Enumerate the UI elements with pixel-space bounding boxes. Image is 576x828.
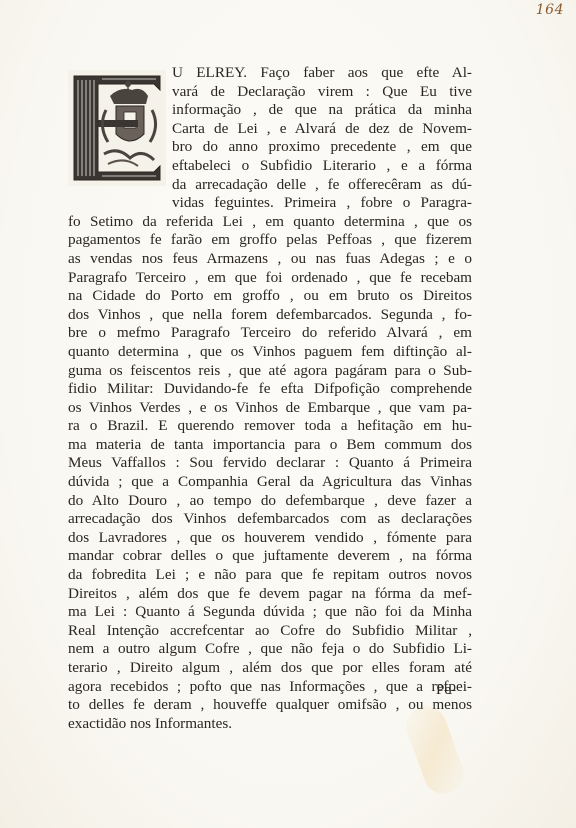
text-line: fo Setimo da referida Lei , em quanto de… [68, 213, 472, 232]
text-line: as vendas nos feus Armazens , ou nas fua… [68, 250, 472, 269]
text-line: mandar cobrar delles o que juftamente de… [68, 547, 472, 566]
text-line: U ELREY. Faço faber aos que efte Al- [68, 64, 472, 83]
text-line: os Vinhos Verdes , e os Vinhos de Embarq… [68, 399, 472, 418]
text-line: da arrecadação delle , fe offerecêram as… [68, 176, 472, 195]
catchword: Pe- [436, 682, 456, 699]
text-line: bre o mefmo Paragrafo Terceiro do referi… [68, 324, 472, 343]
text-line: guma os feiscentos reis , que até agora … [68, 362, 472, 381]
text-line: Real Intenção accrefcentar ao Cofre do S… [68, 622, 472, 641]
text-line: informação , de que na prática da minha [68, 101, 472, 120]
text-line: vará de Declaração virem : Que Eu tive [68, 83, 472, 102]
text-line: dúvida ; que a Companhia Geral da Agricu… [68, 473, 472, 492]
text-line: dos Vinhos , que nella forem defembarcad… [68, 306, 472, 325]
text-line: vidas feguintes. Primeira , fobre o Para… [68, 194, 472, 213]
text-line: arrecadação dos Vinhos defembarcados com… [68, 510, 472, 529]
text-line: ma Lei : Quanto á Segunda dúvida ; que n… [68, 603, 472, 622]
text-line: ra o Brazil. E querendo remover toda a h… [68, 417, 472, 436]
text-line: Carta de Lei , e Alvará de dez de Novem- [68, 120, 472, 139]
text-line: do Alto Douro , ao tempo do defembarque … [68, 492, 472, 511]
text-line: Paragrafo Terceiro , em que foi ordenado… [68, 269, 472, 288]
text-line: nem a outro algum Cofre , que não feja o… [68, 640, 472, 659]
text-line: Direitos , além dos que fe devem pagar n… [68, 585, 472, 604]
text-line: quanto determina , que os Vinhos paguem … [68, 343, 472, 362]
text-line: bro do anno proximo precedente , em que [68, 138, 472, 157]
text-line: terario , Direito algum , além dos que p… [68, 659, 472, 678]
text-line: da fobredita Lei ; e não para que fe rep… [68, 566, 472, 585]
text-line: ma materia de tanta importancia para o B… [68, 436, 472, 455]
text-line: eftabeleci o Subfidio Literario , e a fó… [68, 157, 472, 176]
text-line: na Cidade do Porto em groffo , ou em bru… [68, 287, 472, 306]
text-line: Meus Vaffallos : Sou fervido declarar : … [68, 454, 472, 473]
text-line: pagamentos fe farão em groffo pelas Peff… [68, 231, 472, 250]
text-line: fidio Militar: Duvidando-fe fe efta Difp… [68, 380, 472, 399]
text-line: agora recebidos ; pofto que nas Informaç… [68, 678, 472, 697]
body-text: U ELREY. Faço faber aos que efte Al- var… [68, 64, 472, 733]
text-line: dos Lavradores , que os houverem vendido… [68, 529, 472, 548]
document-page: 164 U ELREY. Faço faber aos que efte Al- [0, 0, 576, 828]
folio-number: 164 [536, 2, 564, 18]
